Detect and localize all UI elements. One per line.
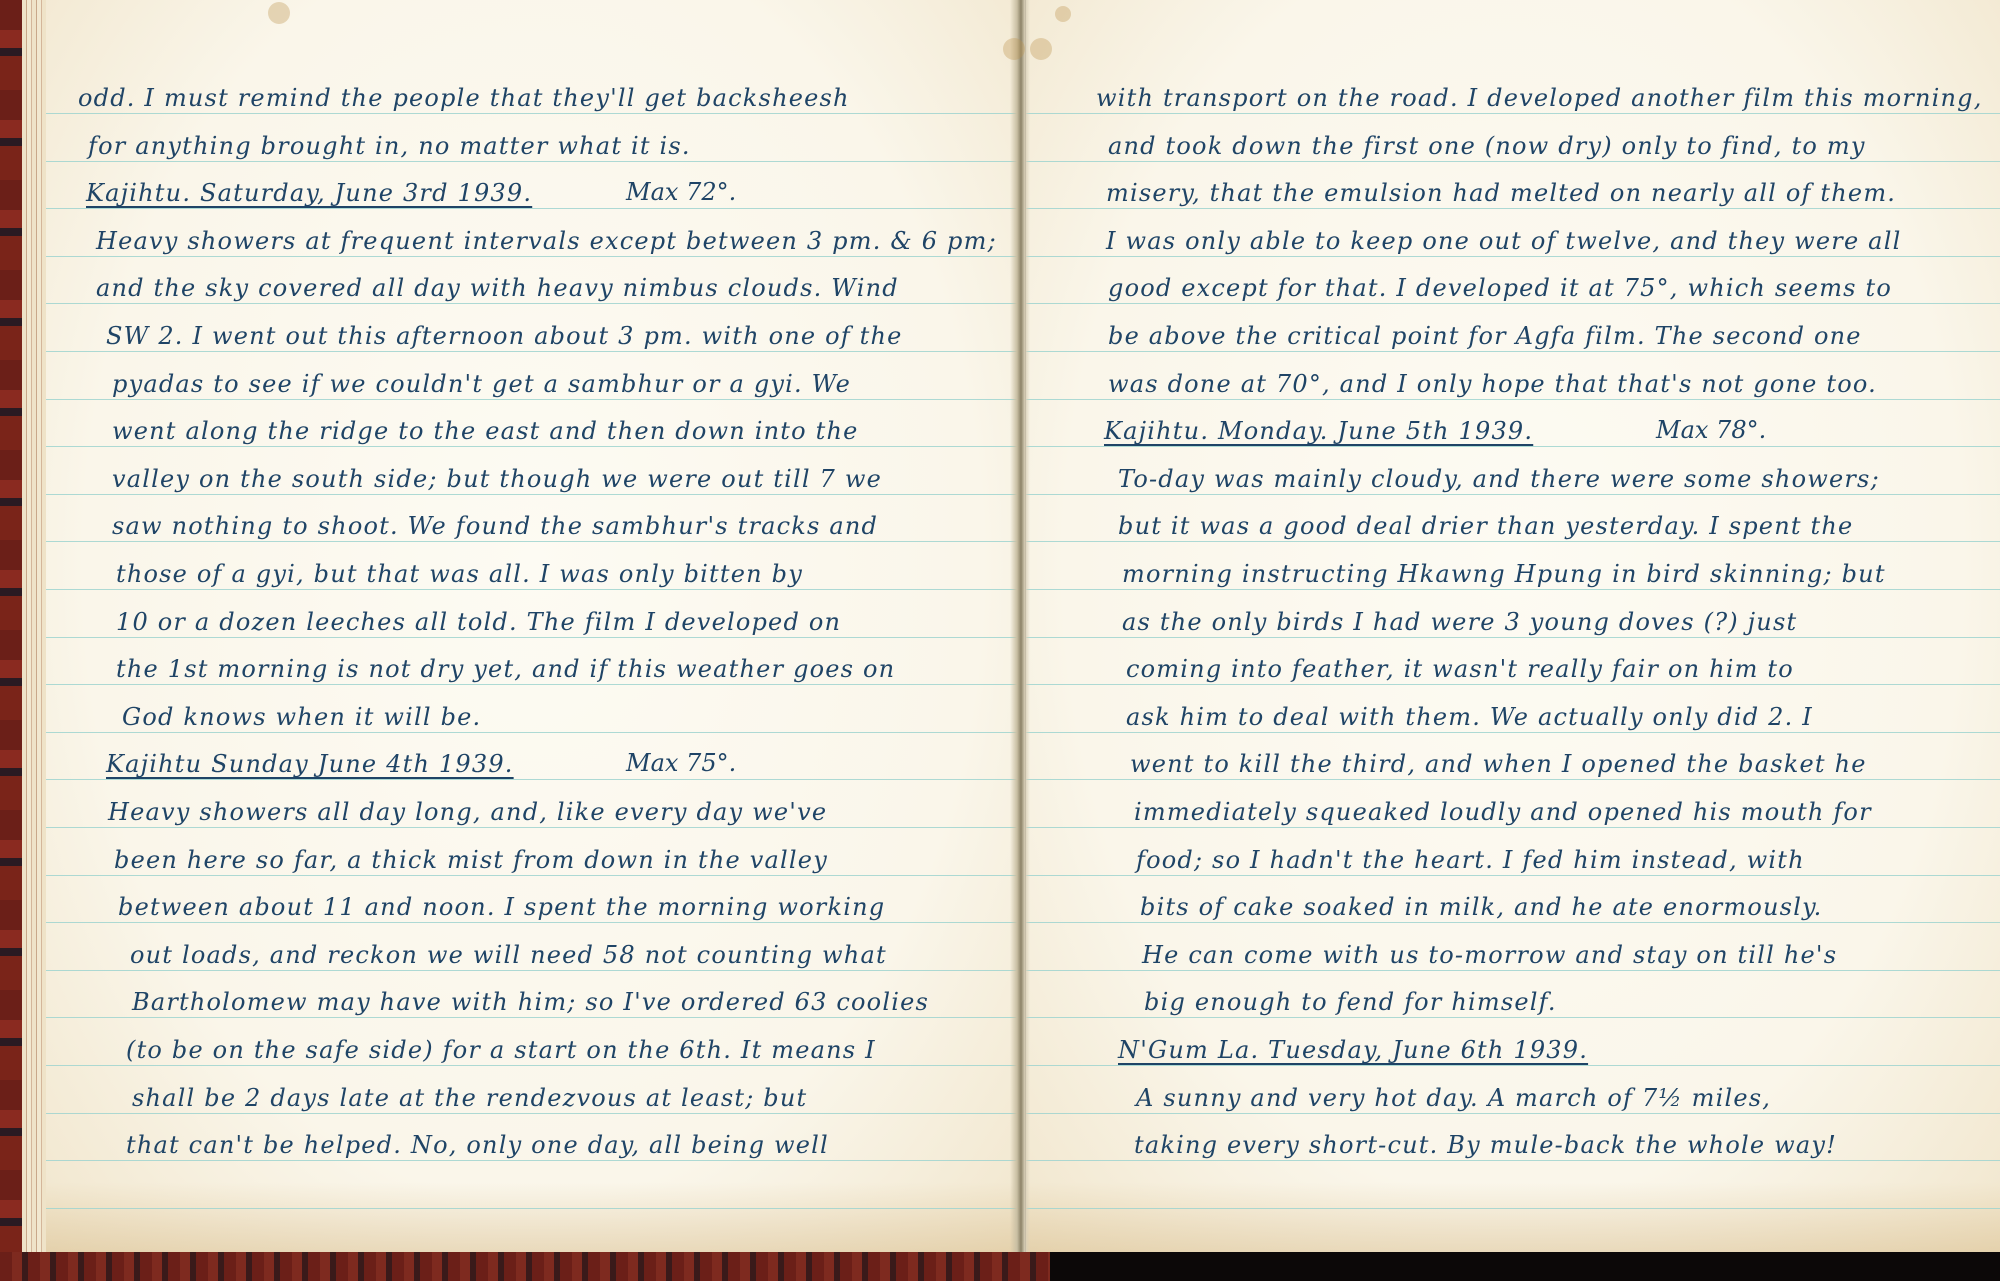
ruled-line	[46, 1017, 1020, 1018]
diary-line: those of a gyi, but that was all. I was …	[116, 559, 803, 589]
ruled-line	[46, 1113, 1020, 1114]
stain	[1055, 6, 1071, 22]
ruled-line	[1026, 161, 2000, 162]
diary-line: misery, that the emulsion had melted on …	[1106, 178, 1896, 208]
ruled-line	[46, 875, 1020, 876]
diary-line: ask him to deal with them. We actually o…	[1126, 702, 1813, 732]
ruled-line	[46, 446, 1020, 447]
ruled-line	[46, 256, 1020, 257]
ruled-line	[1026, 399, 2000, 400]
ruled-line	[1026, 922, 2000, 923]
diary-line: saw nothing to shoot. We found the sambh…	[112, 511, 878, 541]
background-bottom	[1050, 1252, 2000, 1281]
left-page: odd. I must remind the people that they'…	[46, 0, 1020, 1252]
ruled-line	[46, 827, 1020, 828]
ruled-line	[1026, 1065, 2000, 1066]
ruled-line	[46, 161, 1020, 162]
diary-line: shall be 2 days late at the rendezvous a…	[132, 1083, 807, 1113]
diary-line: Heavy showers all day long, and, like ev…	[108, 797, 827, 827]
foxing-stains	[1026, 1182, 2000, 1252]
diary-line: as the only birds I had were 3 young dov…	[1122, 607, 1797, 637]
ruled-line	[1026, 779, 2000, 780]
ruled-line	[46, 208, 1020, 209]
diary-line: was done at 70°, and I only hope that th…	[1108, 369, 1877, 399]
diary-line: SW 2. I went out this afternoon about 3 …	[106, 321, 903, 351]
diary-line: I was only able to keep one out of twelv…	[1106, 226, 1901, 256]
ruled-line	[1026, 1208, 2000, 1209]
diary-line: went to kill the third, and when I opene…	[1130, 749, 1867, 779]
ruled-line	[46, 113, 1020, 114]
diary-line: and took down the first one (now dry) on…	[1108, 131, 1866, 161]
book-binding-left	[0, 0, 22, 1281]
entry-heading: Kajihtu. Saturday, June 3rd 1939.	[86, 178, 532, 208]
diary-line: To-day was mainly cloudy, and there were…	[1118, 464, 1880, 494]
ruled-line	[1026, 351, 2000, 352]
diary-line: been here so far, a thick mist from down…	[114, 845, 828, 875]
max-temperature: Max 75°.	[626, 749, 736, 777]
ruled-line	[46, 684, 1020, 685]
ruled-line	[1026, 1113, 2000, 1114]
diary-line: A sunny and very hot day. A march of 7½ …	[1136, 1083, 1771, 1113]
ruled-line	[46, 351, 1020, 352]
ruled-line	[1026, 827, 2000, 828]
ruled-line	[46, 1160, 1020, 1161]
diary-line: for anything brought in, no matter what …	[88, 131, 691, 161]
stain	[268, 2, 290, 24]
book-cover-bottom	[0, 1252, 1050, 1281]
ruled-line	[46, 541, 1020, 542]
diary-line: but it was a good deal drier than yester…	[1118, 511, 1853, 541]
page-edges	[22, 0, 46, 1252]
ruled-line	[1026, 541, 2000, 542]
ruled-line	[1026, 732, 2000, 733]
entry-heading: Kajihtu. Monday. June 5th 1939.	[1104, 416, 1533, 446]
entry-heading: Kajihtu Sunday June 4th 1939.	[106, 749, 514, 779]
diary-line: immediately squeaked loudly and opened h…	[1134, 797, 1872, 827]
diary-line: good except for that. I developed it at …	[1108, 273, 1892, 303]
foxing-stains	[46, 1182, 1020, 1252]
diary-line: out loads, and reckon we will need 58 no…	[130, 940, 887, 970]
ruled-line	[46, 399, 1020, 400]
right-page: with transport on the road. I developed …	[1026, 0, 2000, 1252]
diary-line: and the sky covered all day with heavy n…	[96, 273, 899, 303]
ruled-line	[46, 970, 1020, 971]
ruled-line	[46, 922, 1020, 923]
diary-line: Bartholomew may have with him; so I've o…	[132, 987, 929, 1017]
diary-line: pyadas to see if we couldn't get a sambh…	[112, 369, 851, 399]
ruled-line	[46, 779, 1020, 780]
ruled-line	[46, 732, 1020, 733]
ruled-line	[1026, 256, 2000, 257]
ruled-line	[1026, 494, 2000, 495]
ruled-line	[46, 589, 1020, 590]
diary-line: be above the critical point for Agfa fil…	[1108, 321, 1862, 351]
diary-line: God knows when it will be.	[122, 702, 481, 732]
ruled-line	[1026, 1017, 2000, 1018]
ruled-line	[1026, 1160, 2000, 1161]
ruled-line	[1026, 684, 2000, 685]
diary-line: valley on the south side; but though we …	[112, 464, 882, 494]
diary-line: taking every short-cut. By mule-back the…	[1134, 1130, 1837, 1160]
stain	[1003, 38, 1025, 60]
ruled-line	[1026, 970, 2000, 971]
diary-line: odd. I must remind the people that they'…	[78, 83, 850, 113]
diary-line: Heavy showers at frequent intervals exce…	[96, 226, 997, 256]
ruled-line	[1026, 303, 2000, 304]
diary-line: with transport on the road. I developed …	[1096, 83, 1983, 113]
diary-line: big enough to fend for himself.	[1144, 987, 1557, 1017]
diary-line: coming into feather, it wasn't really fa…	[1126, 654, 1794, 684]
diary-line: bits of cake soaked in milk, and he ate …	[1140, 892, 1822, 922]
ruled-line	[1026, 446, 2000, 447]
ruled-line	[46, 494, 1020, 495]
ruled-line	[46, 1065, 1020, 1066]
ruled-line	[1026, 208, 2000, 209]
max-temperature: Max 78°.	[1656, 416, 1766, 444]
max-temperature: Max 72°.	[626, 178, 736, 206]
diary-line: food; so I hadn't the heart. I fed him i…	[1136, 845, 1805, 875]
stain	[1030, 38, 1052, 60]
ruled-line	[46, 303, 1020, 304]
diary-line: He can come with us to-morrow and stay o…	[1142, 940, 1837, 970]
diary-line: that can't be helped. No, only one day, …	[126, 1130, 829, 1160]
ruled-line	[46, 637, 1020, 638]
diary-line: 10 or a dozen leeches all told. The film…	[116, 607, 841, 637]
ruled-line	[1026, 875, 2000, 876]
diary-line: the 1st morning is not dry yet, and if t…	[116, 654, 895, 684]
diary-line: (to be on the safe side) for a start on …	[126, 1035, 876, 1065]
book-gutter	[1010, 0, 1030, 1252]
diary-line: between about 11 and noon. I spent the m…	[118, 892, 885, 922]
diary-line: went along the ridge to the east and the…	[112, 416, 859, 446]
entry-heading: N'Gum La. Tuesday, June 6th 1939.	[1118, 1035, 1588, 1065]
ruled-line	[46, 1208, 1020, 1209]
ruled-line	[1026, 113, 2000, 114]
ruled-line	[1026, 637, 2000, 638]
diary-line: morning instructing Hkawng Hpung in bird…	[1122, 559, 1886, 589]
ruled-line	[1026, 589, 2000, 590]
